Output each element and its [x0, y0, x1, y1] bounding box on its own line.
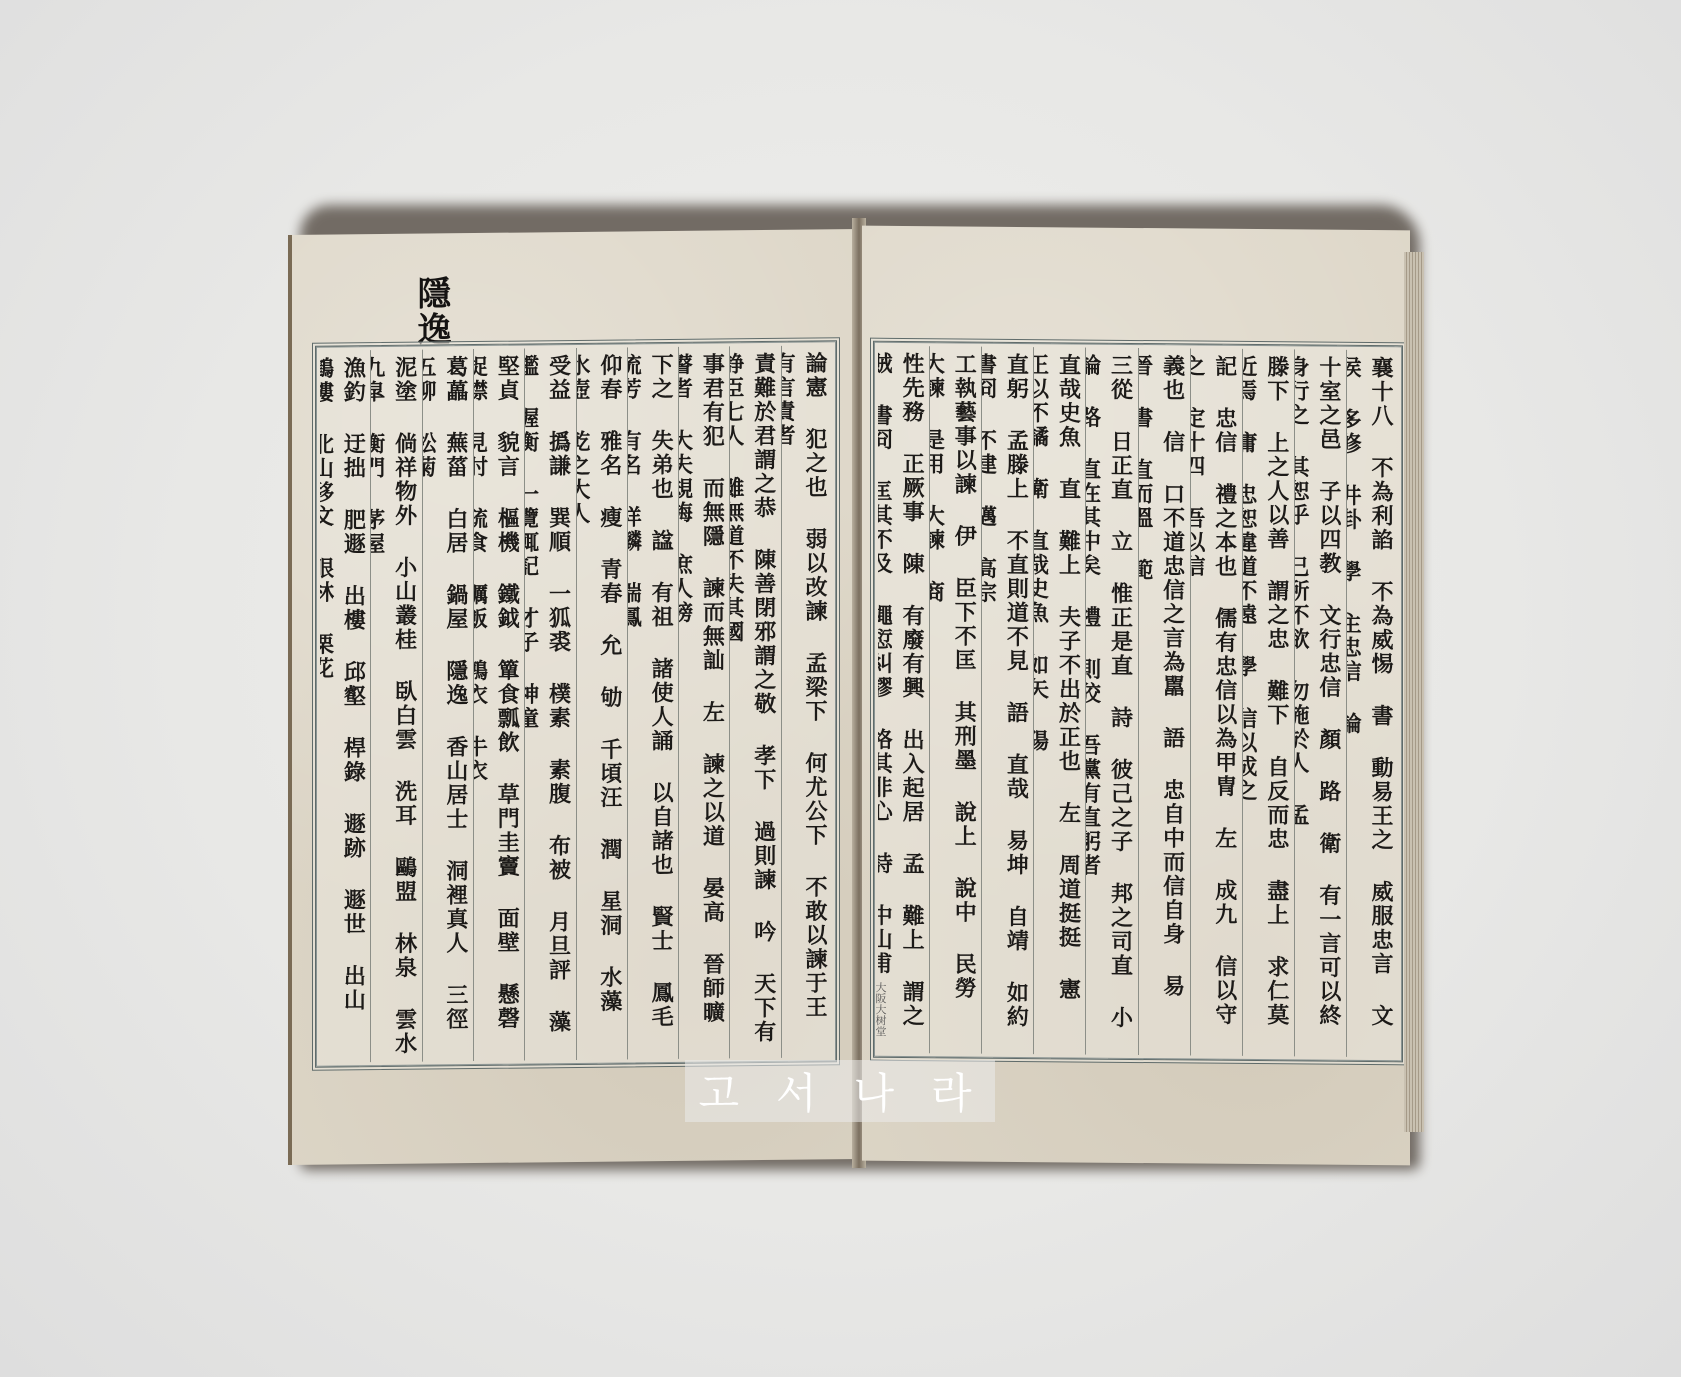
text-column: 下之 失弟也 諡 有祖 諸使人誦 以自諸也 賢士 鳳毛 流芳 有名 祥麟 瑞鳳	[627, 347, 678, 1060]
right-page-columns: 襄十八 不為利諂 不為威惕 書 動易王之 威服忠言 文侯 多修 井卦 學 主忠信…	[878, 346, 1398, 1058]
text-column: 受益 撝謙 巽順 一狐裘 樸素 素腹 布被 月旦評 藻鑑 握衡 一覽輒記 才子 …	[524, 348, 575, 1061]
text-column: 仰春 雅名 瘦 青春 允 劬 千頃汪 潤 星洞 水藻 水壺 乾之大人	[576, 347, 627, 1060]
text-column: 義也 信 口不道忠信之言為嚚 語 忠自中而信自身 易 晉 書 直而溫 範	[1138, 348, 1190, 1055]
right-page-text-frame: 襄十八 不為利諂 不為威惕 書 動易王之 威服忠言 文侯 多修 井卦 學 主忠信…	[870, 338, 1406, 1066]
text-column: 工執藝事以諫 伊 臣下不匡 其刑墨 說上 說中 民勞 大諫 是用 大諫 商	[929, 346, 981, 1053]
text-column: 三從 日正直 立 惟正是直 詩 彼己之子 邦之司直 小 論 路 直在其中矣 禮 …	[1085, 348, 1137, 1055]
text-column: 漁釣 迂拙 肥遯 出樓 邱壑 桿錄 遯跡 遯世 出山 鶴樓 北山移文 眼林 栗花	[320, 350, 370, 1063]
page-edges	[1404, 252, 1424, 1132]
text-column: 直躬 孟滕上 不直則道不見 語 直哉 易坤 自靖 如約 書冏 不建 邁 高宗	[981, 347, 1033, 1054]
text-column: 事君有犯 而無隱 諫而無訕 左 諫之以道 晏高 晉師曠 瞽者 大夫規誨 庶人謗	[678, 346, 729, 1059]
text-column: 葛藟 蕪菑 白居 鍋屋 隱逸 香山居士 洞裡真人 三徑 五柳 松菊	[422, 349, 473, 1062]
text-column: 泥塗 倘祥物外 小山叢桂 臥白雲 洗耳 鷗盟 林泉 雲水 九皐 衡門 茅屋	[370, 350, 421, 1063]
text-column: 性先務 正厥事 陳 有廢有興 出入起居 孟 難上 謂之賊 書冏 匡其不及 繩愆糾…	[878, 346, 929, 1053]
text-column: 滕下 上之人以善 謂之忠 難下 自反而忠 盡上 求仁莫近焉 庸 忠恕違道不遠 學…	[1242, 349, 1294, 1056]
watermark-char: 나	[853, 1061, 904, 1121]
right-page: 襄十八 不為利諂 不為威惕 書 動易王之 威服忠言 文侯 多修 井卦 學 主忠信…	[862, 226, 1410, 1166]
text-column: 直哉史魚 直 難上 夫子不出於正也 左 周道挺挺 憲 正以不譎 衛 直哉史魚 如…	[1033, 347, 1085, 1054]
text-column: 論憲 犯之也 弱以改諫 孟梁下 何尤公下 不敢以諫于王 有言責者	[781, 345, 832, 1058]
watermark-char: 고	[698, 1061, 749, 1121]
text-column: 襄十八 不為利諂 不為威惕 書 動易王之 威服忠言 文侯 多修 井卦 學 主忠信…	[1346, 350, 1398, 1057]
left-page: 隱逸 論憲 犯之也 弱以改諫 孟梁下 何尤公下 不敢以諫于王 有言責者 責難於君…	[288, 229, 860, 1165]
watermark-char: 서	[776, 1061, 827, 1121]
section-title: 隱逸	[407, 275, 456, 348]
left-page-columns: 論憲 犯之也 弱以改諫 孟梁下 何尤公下 不敢以諫于王 有言責者 責難於君謂之恭…	[320, 345, 832, 1062]
text-column: 堅貞 貌言 樞機 鐵鉞 簞食瓢飲 草門圭竇 面壁 懸磬 捉襟 見肘 疏食 糲飯 …	[473, 349, 524, 1062]
text-column: 十室之邑 子以四教 文行忠信 顏 路 衛 有一言可以終身行之 其恕乎 己所不欲 …	[1294, 349, 1346, 1056]
text-column: 記 忠信 禮之本也 儒有忠信以為甲冑 左 成九 信以守之 定十四 吾以信	[1190, 348, 1242, 1055]
watermark-char: 라	[931, 1061, 982, 1121]
text-column: 責難於君謂之恭 陳善閉邪謂之敬 孝下 過則諫 吟 天下有諍臣七人 雖無道不失其國	[729, 346, 780, 1059]
watermark: 고 서 나 라	[685, 1060, 995, 1122]
left-page-text-frame: 論憲 犯之也 弱以改諫 孟梁下 何尤公下 不敢以諫于王 有言責者 責難於君謂之恭…	[312, 337, 840, 1071]
printer-mark: 大阪大树堂	[872, 982, 888, 1037]
